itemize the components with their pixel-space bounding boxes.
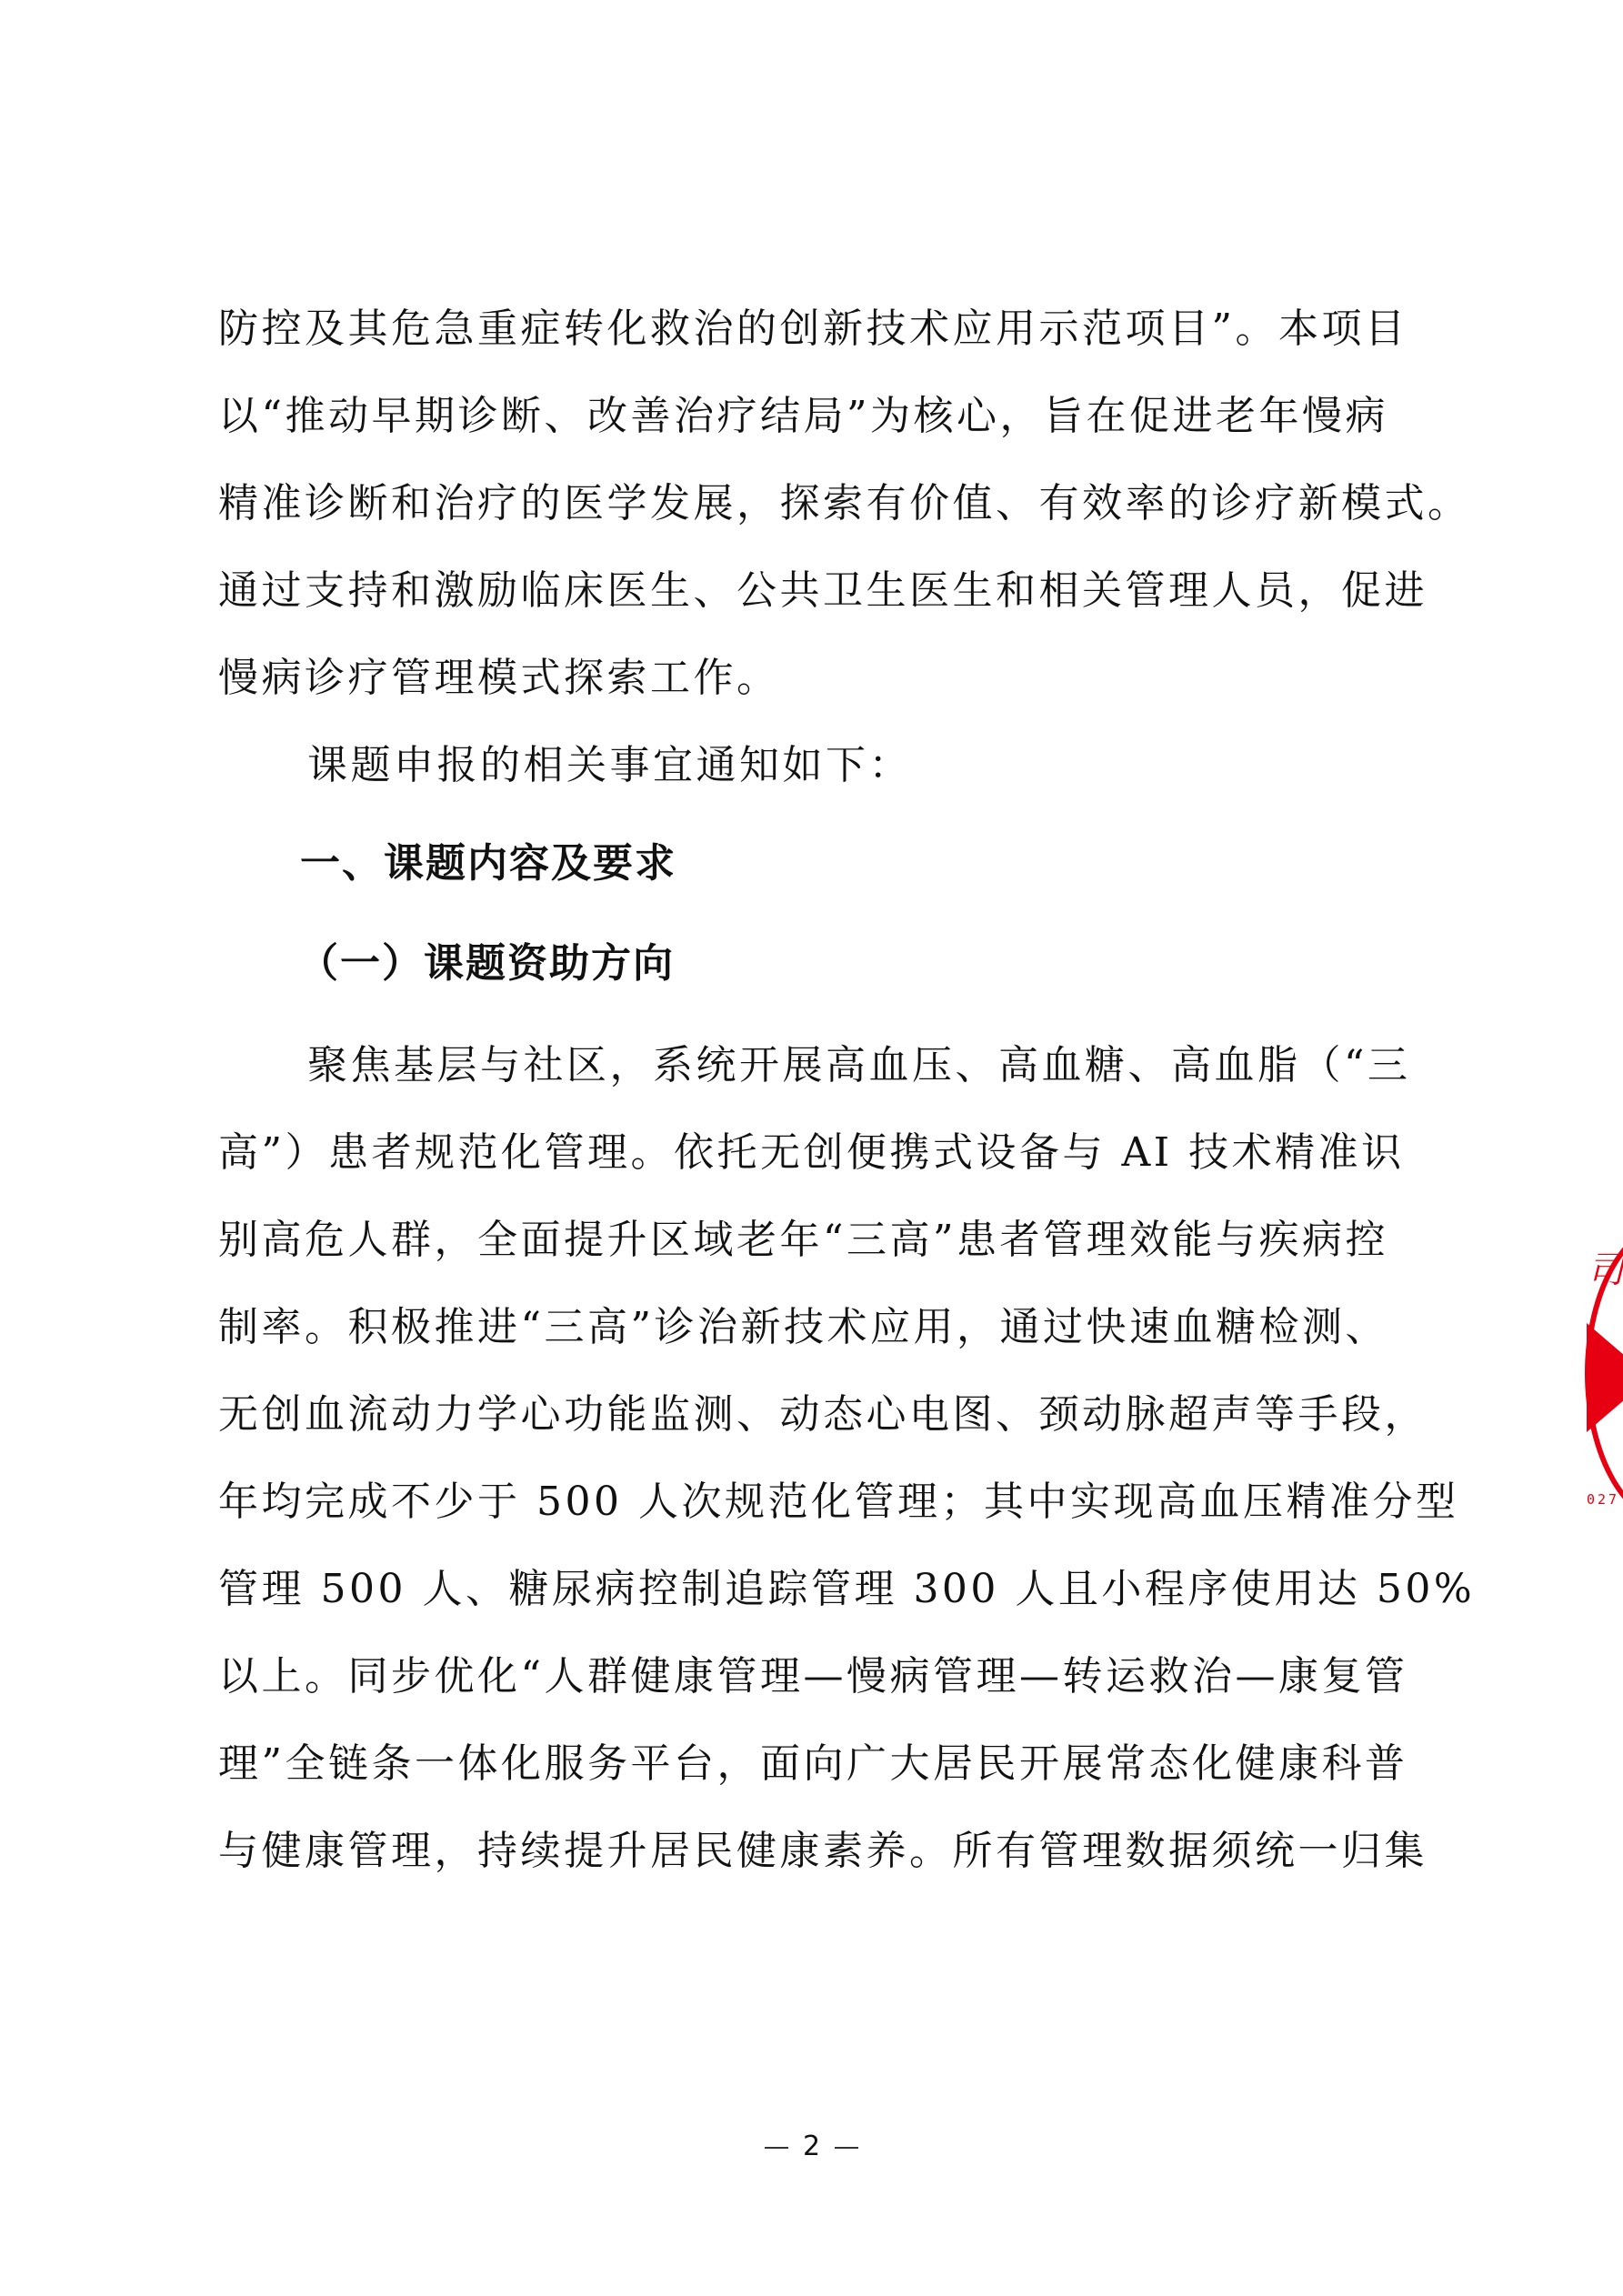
- paragraph-line: 以上。同步优化“人群健康管理—慢病管理—转运救治—康复管: [218, 1649, 1428, 1704]
- paragraph-line: 别高危人群，全面提升区域老年“三高”患者管理效能与疾病控: [218, 1213, 1428, 1268]
- seal-text: 司篮: [1588, 1241, 1623, 1293]
- seal-star-icon: [1587, 1323, 1623, 1432]
- document-page: 防控及其危急重症转化救治的创新技术应用示范项目”。本项目 以“推动早期诊断、改善…: [0, 0, 1623, 2296]
- paragraph-line: 制率。积极推进“三高”诊治新技术应用，通过快速血糖检测、: [218, 1300, 1428, 1355]
- paragraph-line: 高”）患者规范化管理。依托无创便携式设备与 AI 技术精准识: [218, 1126, 1428, 1180]
- paragraph-line: 年均完成不少于 500 人次规范化管理；其中实现高血压精准分型: [218, 1475, 1428, 1529]
- body-line-intro: 课题申报的相关事宜通知如下：: [307, 738, 1517, 793]
- section-heading: 一、课题内容及要求: [300, 837, 1509, 891]
- page-number-value: 2: [803, 2131, 820, 2162]
- paragraph-line: 无创血流动力学心功能监测、动态心电图、颈动脉超声等手段，: [218, 1388, 1428, 1442]
- subsection-heading: （一）课题资助方向: [298, 937, 1508, 991]
- paragraph-line: 理”全链条一体化服务平台，面向广大居民开展常态化健康科普: [218, 1737, 1428, 1791]
- paragraph-line: 聚焦基层与社区，系统开展高血压、高血糖、高血脂（“三: [307, 1038, 1517, 1093]
- body-line: 以“推动早期诊断、改善治疗结局”为核心，旨在促进老年慢病: [218, 389, 1428, 444]
- seal-number: 027: [1587, 1491, 1619, 1508]
- paragraph-line: 管理 500 人、糖尿病控制追踪管理 300 人且小程序使用达 50%: [218, 1562, 1428, 1617]
- body-line: 通过支持和激励临床医生、公共卫生医生和相关管理人员，促进: [218, 564, 1428, 618]
- paragraph-line: 与健康管理，持续提升居民健康素养。所有管理数据须统一归集: [218, 1824, 1428, 1879]
- body-line: 慢病诊疗管理模式探索工作。: [218, 651, 1428, 706]
- body-line: 防控及其危急重症转化救治的创新技术应用示范项目”。本项目: [218, 302, 1428, 356]
- dash-left: [765, 2147, 788, 2149]
- body-line: 精准诊断和治疗的医学发展，探索有价值、有效率的诊疗新模式。: [218, 476, 1428, 531]
- dash-right: [835, 2147, 858, 2149]
- page-number: 2: [0, 2131, 1623, 2162]
